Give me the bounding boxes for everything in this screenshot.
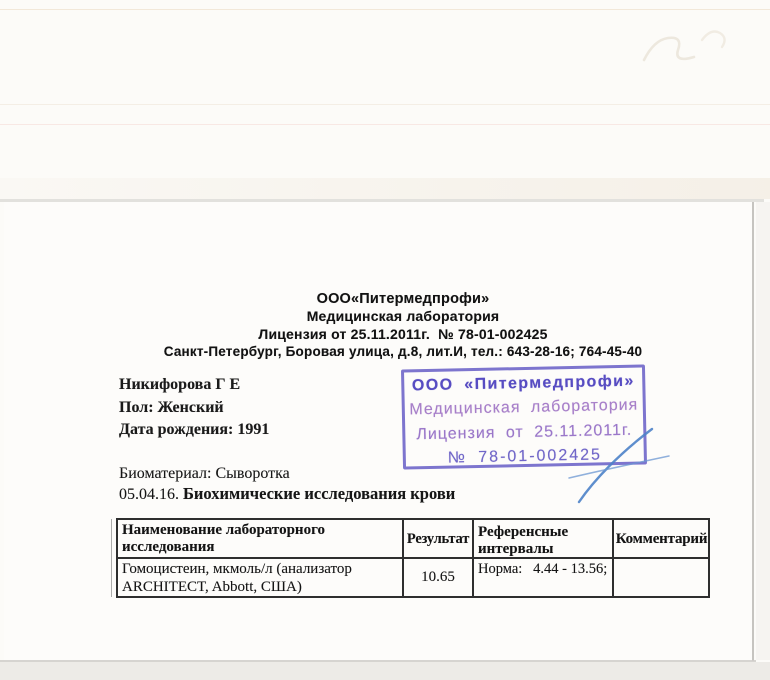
- patient-name: Никифорова Г Е: [119, 374, 269, 397]
- table-header-row: Наименование лабораторного исследования …: [117, 519, 709, 558]
- cell-test-name: Гомоцистеин, мкмоль/л (анализатор ARCHIT…: [117, 558, 403, 597]
- scan-artifact-line: [0, 9, 770, 10]
- column-header-comment: Комментарий: [613, 519, 709, 558]
- study-title-line: 05.04.16. Биохимические исследования кро…: [119, 484, 455, 505]
- patient-sex: Пол: Женский: [119, 397, 269, 420]
- results-table-wrap: Наименование лабораторного исследования …: [116, 518, 710, 598]
- lab-header: ООО«Питермедпрофи» Медицинская лаборатор…: [120, 291, 686, 361]
- pencil-ghost-marks: [610, 12, 760, 82]
- table-left-scan-line: [111, 519, 112, 597]
- lab-name: ООО«Питермедпрофи»: [120, 291, 686, 308]
- column-header-reference: Референсные интервалы: [473, 519, 613, 558]
- cell-result-value: 10.65: [403, 558, 473, 597]
- cell-comment: [613, 558, 709, 597]
- scanner-bed-right: [756, 202, 770, 660]
- cell-reference-interval: Норма: 4.44 - 13.56;: [473, 558, 613, 597]
- scan-artifact-band: [0, 178, 770, 199]
- scan-artifact-line: [0, 124, 770, 125]
- scanner-bed-band: [0, 662, 770, 680]
- study-date: 05.04.16.: [119, 486, 179, 503]
- lab-stamp: ООО «Питермедпрофи» Медицинская лаборато…: [401, 364, 647, 469]
- patient-block: Никифорова Г Е Пол: Женский Дата рождени…: [119, 374, 269, 442]
- specimen-block: Биоматериал: Сыворотка 05.04.16. Биохими…: [119, 464, 455, 504]
- column-header-result: Результат: [403, 519, 473, 558]
- table-row: Гомоцистеин, мкмоль/л (анализатор ARCHIT…: [117, 558, 709, 597]
- column-header-test-name: Наименование лабораторного исследования: [117, 519, 403, 558]
- patient-birth-date: Дата рождения: 1991: [119, 419, 269, 442]
- lab-department: Медицинская лаборатория: [120, 308, 686, 325]
- scanned-lab-report: ООО«Питермедпрофи» Медицинская лаборатор…: [0, 0, 770, 680]
- results-table: Наименование лабораторного исследования …: [116, 518, 710, 598]
- lab-address: Санкт-Петербург, Боровая улица, д.8, лит…: [120, 343, 686, 360]
- lab-license: Лицензия от 25.11.2011г. № 78-01-002425: [120, 326, 686, 343]
- scan-artifact-line: [0, 104, 770, 105]
- study-title: Биохимические исследования крови: [183, 484, 455, 503]
- biomaterial-line: Биоматериал: Сыворотка: [119, 464, 455, 484]
